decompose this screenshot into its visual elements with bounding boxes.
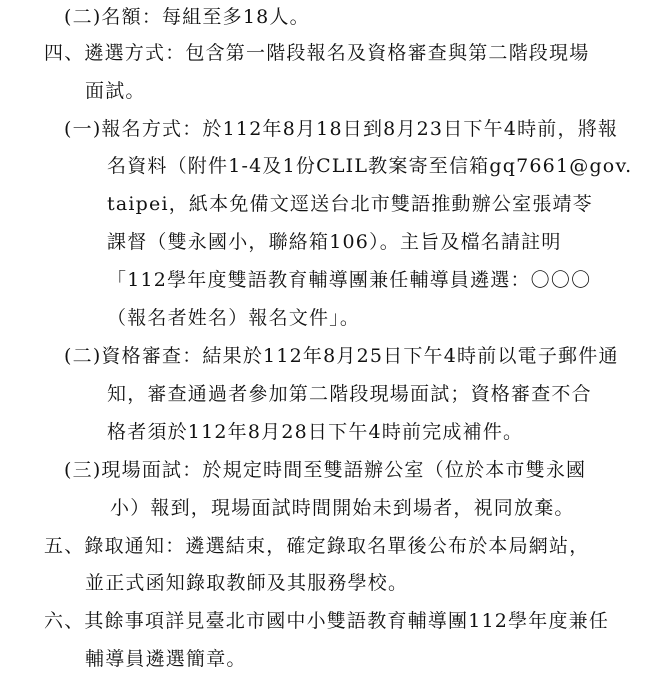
item-qualification-continuation-2: 格者須於112年8月28日下午4時前完成補件。 <box>107 420 523 444</box>
section-six-continuation: 輔導員遴選簡章。 <box>85 647 247 671</box>
section-four-selection-method: 四、遴選方式：包含第一階段報名及資格審查與第二階段現場 <box>44 41 589 65</box>
section-five-continuation: 並正式函知錄取教師及其服務學校。 <box>85 571 408 595</box>
item-qualification-continuation-1: 知，審查通過者參加第二階段現場面試；資格審查不合 <box>107 382 592 406</box>
item-onsite-interview-continuation: 小）報到，現場面試時間開始未到場者，視同放棄。 <box>110 496 575 520</box>
item-quota: (二)名額：每組至多18人。 <box>64 5 310 29</box>
item-registration-method: (一)報名方式：於112年8月18日到8月23日下午4時前，將報 <box>64 117 618 141</box>
section-five-admission-notice: 五、錄取通知：遴選結束，確定錄取名單後公布於本局網站， <box>44 534 589 558</box>
item-onsite-interview: (三)現場面試：於規定時間至雙語辦公室（位於本市雙永國 <box>64 458 586 482</box>
item-registration-continuation-4: 「112學年度雙語教育輔導團兼任輔導員遴選：〇〇〇 <box>107 268 591 292</box>
item-qualification-review: (二)資格審查：結果於112年8月25日下午4時前以電子郵件通 <box>64 344 619 368</box>
item-registration-continuation-3: 課督（雙永國小，聯絡箱106）。主旨及檔名請註明 <box>107 230 562 254</box>
item-registration-continuation-2: taipei，紙本免備文逕送台北市雙語推動辦公室張靖苓 <box>107 192 593 216</box>
item-registration-continuation-5: （報名者姓名）報名文件」。 <box>107 306 360 330</box>
item-registration-continuation-1: 名資料（附件1-4及1份CLIL教案寄至信箱gq7661@gov. <box>107 154 632 178</box>
section-six-other-matters: 六、其餘事項詳見臺北市國中小雙語教育輔導團112學年度兼任 <box>44 609 609 633</box>
section-four-continuation: 面試。 <box>85 79 146 103</box>
